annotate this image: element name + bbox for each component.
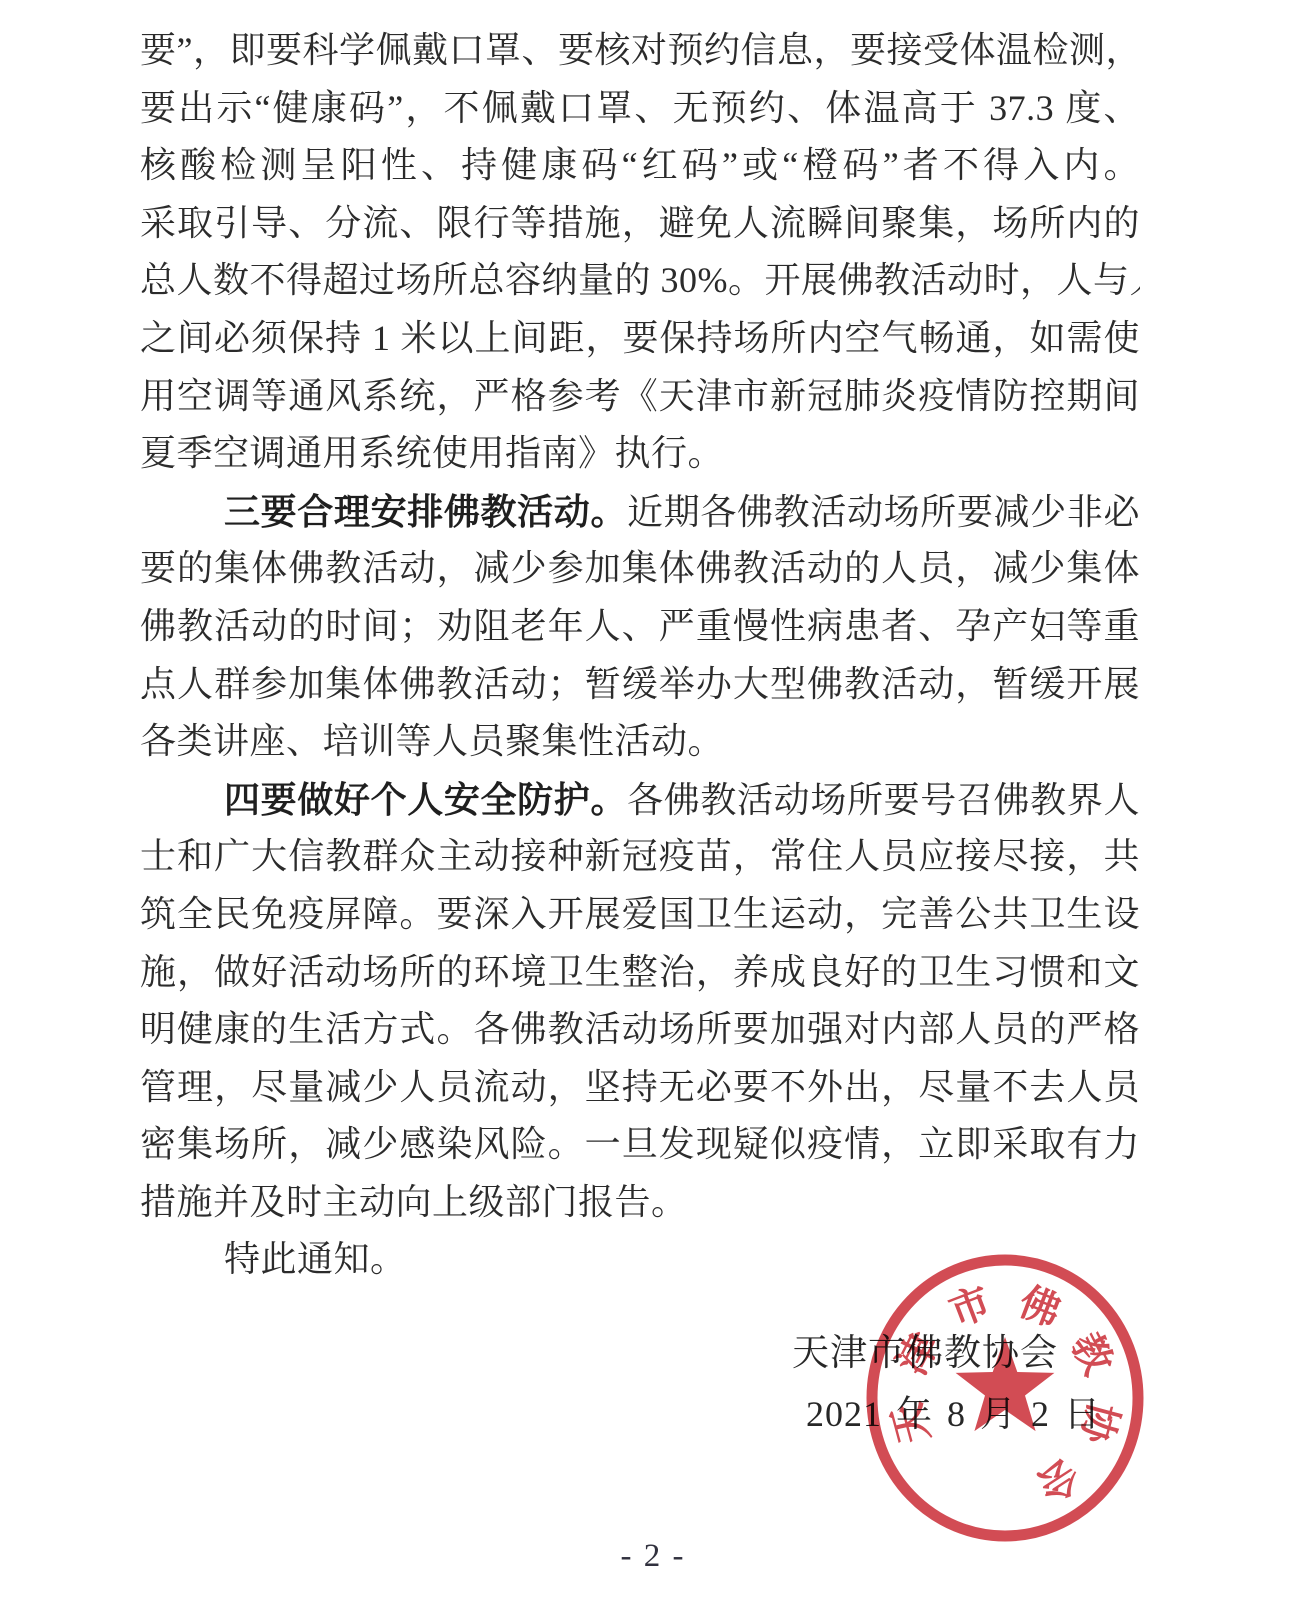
paragraph-text: 管理，尽量减少人员流动，坚持无必要不外出，尽量不去人员 — [140, 1067, 1140, 1107]
paragraph-text: 施，做好活动场所的环境卫生整治，养成良好的卫生习惯和文 — [140, 952, 1140, 992]
document-page: 要”，即要科学佩戴口罩、要核对预约信息，要接受体温检测，要出示“健康码”，不佩戴… — [0, 0, 1310, 1600]
paragraph-text: 点人群参加集体佛教活动；暂缓举办大型佛教活动，暂缓开展 — [140, 664, 1140, 704]
text-line: 明健康的生活方式。各佛教活动场所要加强对内部人员的严格 — [140, 1001, 1140, 1059]
seal-character: 会 — [1029, 1450, 1087, 1510]
paragraph-text: 要出示“健康码”，不佩戴口罩、无预约、体温高于 37.3 度、 — [140, 88, 1140, 128]
text-line: 特此通知。 — [140, 1231, 1140, 1289]
text-line: 采取引导、分流、限行等措施，避免人流瞬间聚集，场所内的 — [140, 195, 1140, 253]
paragraph-text: 密集场所，减少感染风险。一旦发现疑似疫情，立即采取有力 — [140, 1124, 1140, 1164]
paragraph-text: 筑全民免疫屏障。要深入开展爱国卫生运动，完善公共卫生设 — [140, 894, 1140, 934]
text-line: 点人群参加集体佛教活动；暂缓举办大型佛教活动，暂缓开展 — [140, 656, 1140, 714]
text-line: 四要做好个人安全防护。各佛教活动场所要号召佛教界人 — [140, 771, 1140, 829]
paragraph-text: 各佛教活动场所要号召佛教界人 — [627, 780, 1140, 820]
paragraph-text: 士和广大信教群众主动接种新冠疫苗，常住人员应接尽接，共 — [140, 836, 1140, 876]
text-line: 各类讲座、培训等人员聚集性活动。 — [140, 713, 1140, 771]
paragraph-heading: 四要做好个人安全防护。 — [224, 779, 627, 820]
paragraph-text: 用空调等通风系统，严格参考《天津市新冠肺炎疫情防控期间 — [140, 376, 1140, 416]
paragraph-text: 夏季空调通用系统使用指南》执行。 — [140, 433, 724, 473]
paragraph-text: 近期各佛教活动场所要减少非必 — [627, 492, 1140, 532]
text-line: 之间必须保持 1 米以上间距，要保持场所内空气畅通，如需使 — [140, 310, 1140, 368]
paragraph-text: 佛教活动的时间；劝阻老年人、严重慢性病患者、孕产妇等重 — [140, 606, 1140, 646]
text-line: 密集场所，减少感染风险。一旦发现疑似疫情，立即采取有力 — [140, 1116, 1140, 1174]
paragraph-text: 各类讲座、培训等人员聚集性活动。 — [140, 721, 724, 761]
text-line: 要出示“健康码”，不佩戴口罩、无预约、体温高于 37.3 度、 — [140, 80, 1140, 138]
paragraph-text: 要的集体佛教活动，减少参加集体佛教活动的人员，减少集体 — [140, 548, 1140, 588]
text-line: 夏季空调通用系统使用指南》执行。 — [140, 425, 1140, 483]
text-line: 筑全民免疫屏障。要深入开展爱国卫生运动，完善公共卫生设 — [140, 886, 1140, 944]
text-line: 三要合理安排佛教活动。近期各佛教活动场所要减少非必 — [140, 483, 1140, 541]
text-line: 佛教活动的时间；劝阻老年人、严重慢性病患者、孕产妇等重 — [140, 598, 1140, 656]
paragraph-text: 采取引导、分流、限行等措施，避免人流瞬间聚集，场所内的 — [140, 203, 1140, 243]
text-line: 士和广大信教群众主动接种新冠疫苗，常住人员应接尽接，共 — [140, 828, 1140, 886]
signature-organization: 天津市佛教协会 — [792, 1322, 1058, 1376]
page-number: - 2 - — [598, 1538, 708, 1575]
paragraph-text: 特此通知。 — [224, 1239, 407, 1279]
paragraph-text: 总人数不得超过场所总容纳量的 30%。开展佛教活动时，人与人 — [140, 260, 1140, 300]
text-line: 核酸检测呈阳性、持健康码“红码”或“橙码”者不得入内。 — [140, 137, 1140, 195]
paragraph-text: 核酸检测呈阳性、持健康码“红码”或“橙码”者不得入内。 — [140, 145, 1140, 185]
text-line: 用空调等通风系统，严格参考《天津市新冠肺炎疫情防控期间 — [140, 368, 1140, 426]
text-line: 措施并及时主动向上级部门报告。 — [140, 1174, 1140, 1232]
text-line: 管理，尽量减少人员流动，坚持无必要不外出，尽量不去人员 — [140, 1059, 1140, 1117]
paragraph-text: 要”，即要科学佩戴口罩、要核对预约信息，要接受体温检测， — [140, 30, 1140, 70]
document-body: 要”，即要科学佩戴口罩、要核对预约信息，要接受体温检测，要出示“健康码”，不佩戴… — [140, 22, 1140, 1289]
paragraph-heading: 三要合理安排佛教活动。 — [224, 491, 627, 532]
paragraph-text: 明健康的生活方式。各佛教活动场所要加强对内部人员的严格 — [140, 1009, 1140, 1049]
seal-character: 教 — [1063, 1326, 1122, 1383]
text-line: 要”，即要科学佩戴口罩、要核对预约信息，要接受体温检测， — [140, 22, 1140, 80]
paragraph-text: 措施并及时主动向上级部门报告。 — [140, 1182, 688, 1222]
text-line: 施，做好活动场所的环境卫生整治，养成良好的卫生习惯和文 — [140, 944, 1140, 1002]
paragraph-text: 之间必须保持 1 米以上间距，要保持场所内空气畅通，如需使 — [140, 318, 1140, 358]
text-line: 要的集体佛教活动，减少参加集体佛教活动的人员，减少集体 — [140, 540, 1140, 598]
signature-date: 2021 年 8 月 2 日 — [806, 1386, 1101, 1437]
text-line: 总人数不得超过场所总容纳量的 30%。开展佛教活动时，人与人 — [140, 252, 1140, 310]
